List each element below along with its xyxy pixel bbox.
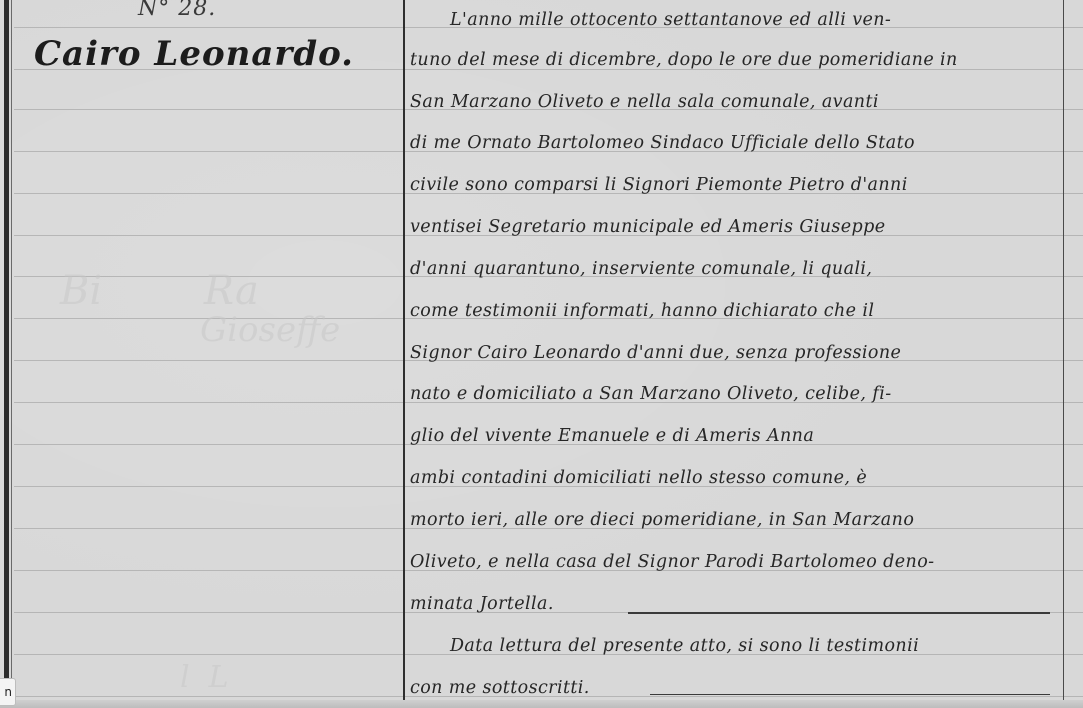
body-line: ambi contadini domiciliati nello stesso …: [410, 468, 867, 488]
bleed-through-text: Bi Ra: [60, 268, 259, 314]
line-fill-stroke: [650, 694, 1050, 695]
bleed-through-text: l L: [180, 660, 229, 695]
body-line: ventisei Segretario municipale ed Ameris…: [410, 217, 885, 237]
right-column-divider: [1063, 0, 1064, 708]
body-line: nato e domiciliato a San Marzano Oliveto…: [410, 384, 892, 404]
tooltip-text: n: [4, 685, 12, 699]
body-line: come testimonii informati, hanno dichiar…: [410, 301, 874, 321]
body-line: L'anno mille ottocento settantanove ed a…: [450, 10, 891, 30]
bottom-edge: [0, 700, 1083, 708]
line-fill-stroke: [628, 612, 1050, 614]
tooltip-fragment: n: [0, 678, 16, 706]
body-line: Oliveto, e nella casa del Signor Parodi …: [410, 552, 934, 572]
deceased-name-margin: Cairo Leonardo.: [34, 34, 354, 74]
body-line: tuno del mese di dicembre, dopo le ore d…: [410, 50, 958, 70]
body-line: minata Jortella.: [410, 594, 554, 614]
body-line: San Marzano Oliveto e nella sala comunal…: [410, 92, 879, 112]
body-line: glio del vivente Emanuele e di Ameris An…: [410, 426, 814, 446]
body-line: Signor Cairo Leonardo d'anni due, senza …: [410, 343, 901, 363]
register-page: Bi Ra Gioseffe l L N° 28. Cairo Leonardo…: [0, 0, 1083, 708]
margin-column-divider: [403, 0, 405, 708]
bleed-through-text: Gioseffe: [200, 310, 340, 350]
body-line: con me sottoscritti.: [410, 678, 590, 698]
body-line: Data lettura del presente atto, si sono …: [450, 636, 919, 656]
body-line: morto ieri, alle ore dieci pomeridiane, …: [410, 510, 914, 530]
body-line: civile sono comparsi li Signori Piemonte…: [410, 175, 908, 195]
left-page-border-inner: [11, 0, 12, 708]
left-page-border: [4, 0, 9, 708]
body-line: d'anni quarantuno, inserviente comunale,…: [410, 259, 872, 279]
act-number: N° 28.: [138, 0, 216, 21]
body-line: di me Ornato Bartolomeo Sindaco Ufficial…: [410, 133, 915, 153]
